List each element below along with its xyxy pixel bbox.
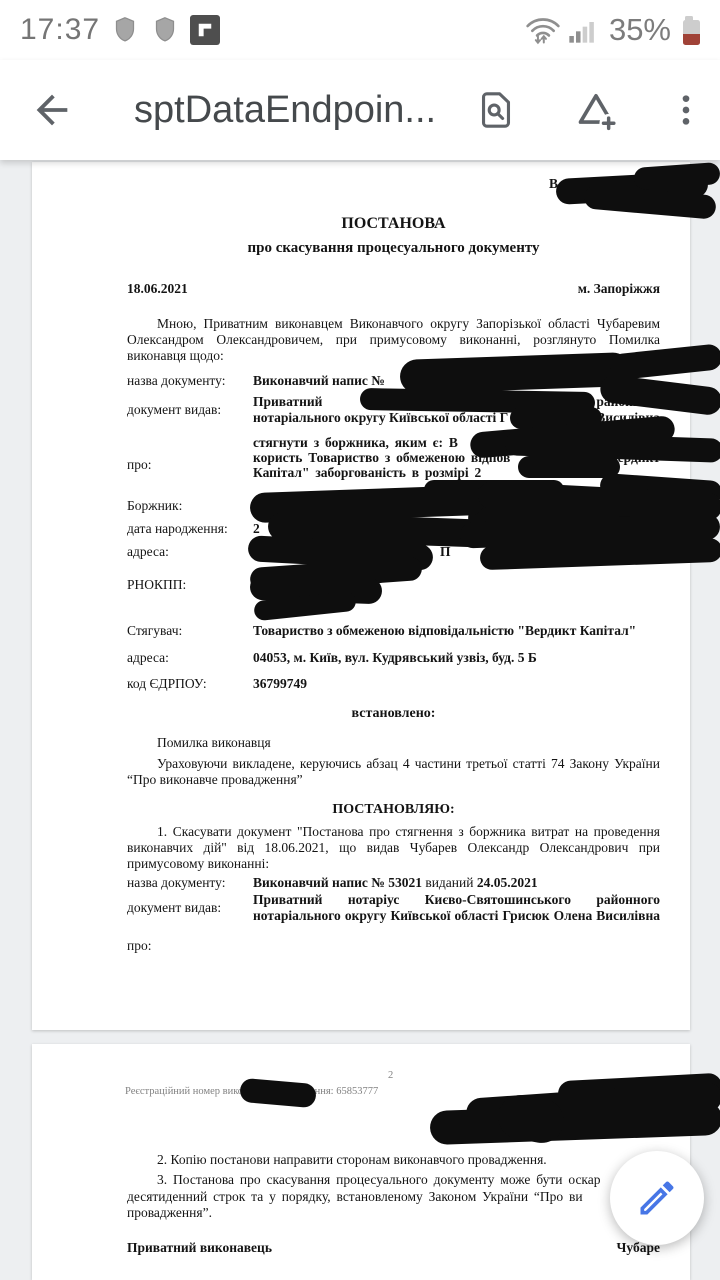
field-label: адреса: — [127, 544, 169, 560]
value-fragment: нотаріус — [434, 394, 485, 410]
date-place-row: 18.06.2021 м. Запоріжжя — [127, 281, 660, 297]
add-to-drive-icon — [573, 87, 619, 133]
add-to-drive-button[interactable] — [566, 80, 626, 140]
page-number: 2 — [388, 1068, 393, 1084]
app-bar: sptDataEndpoin... — [0, 60, 720, 160]
clock: 17:37 — [20, 13, 100, 47]
body-line: виконавчих дій" від 18.06.2021, що видав… — [127, 840, 660, 856]
section-heading: ПОСТАНОВЛЯЮ: — [127, 802, 660, 818]
body-line: десятиденний строк та у порядку, встанов… — [127, 1189, 660, 1205]
intro-line: виконавця щодо: — [127, 348, 660, 364]
body-line: провадження”. — [127, 1205, 660, 1221]
registration-line-left: Реєстраційний номер вико — [125, 1084, 243, 1100]
body-line: Ураховуючи викладене, керуючись абзац 4 … — [127, 756, 660, 772]
edit-fab[interactable] — [610, 1151, 704, 1245]
redacted-fragment: 2 — [253, 521, 260, 537]
intro-line: Мною, Приватним виконавцем Виконавчого о… — [127, 316, 660, 332]
edit-pencil-icon — [635, 1176, 679, 1220]
value-fragment: 24.05.2021 — [477, 875, 538, 890]
body-line: примусовому виконанні: — [127, 856, 660, 872]
field-label: адреса: — [127, 650, 169, 666]
back-arrow-icon — [29, 87, 75, 133]
field-label: про: — [127, 938, 151, 954]
registration-line-right: вадження: 65853777 — [288, 1084, 378, 1100]
value-fragment: районного — [596, 394, 660, 410]
document-title: sptDataEndpoin... — [134, 89, 466, 132]
battery-percent: 35% — [609, 12, 671, 48]
document-canvas[interactable]: В ПОСТАНОВА про скасування процесуальног… — [0, 160, 720, 1280]
field-value: Приватний нотаріус Києво-Святошинського … — [253, 892, 660, 924]
overflow-menu-button[interactable] — [656, 80, 716, 140]
value-fragment: Капітал" заборгованість в розмірі 2 — [253, 465, 481, 480]
wifi-icon — [523, 14, 563, 46]
signal-strength-icon — [569, 14, 599, 46]
document-page-1: В ПОСТАНОВА про скасування процесуальног… — [32, 162, 690, 1030]
section-heading: встановлено: — [127, 706, 660, 722]
value-fragment: Приватний — [253, 394, 322, 410]
field-label: назва документу: — [127, 373, 225, 389]
field-value: Приватний нотаріус районного — [253, 394, 660, 410]
field-label: код ЄДРПОУ: — [127, 676, 207, 692]
field-value: Виконавчий напис № 53021 виданий 24.05.2… — [253, 875, 538, 891]
flipboard-icon — [190, 15, 220, 45]
redacted-fragment: П — [440, 544, 451, 560]
field-label: Стягувач: — [127, 623, 182, 639]
field-value: 04053, м. Київ, вул. Кудрявський узвіз, … — [253, 650, 537, 666]
doc-heading: ПОСТАНОВА — [127, 216, 660, 232]
value-fragment: користь Товариство з обмеженою відпов — [253, 450, 510, 466]
field-label: РНОКПП: — [127, 577, 186, 593]
back-button[interactable] — [22, 80, 82, 140]
value-fragment: нотаріального округу Київської області Г — [253, 410, 508, 426]
body-line: 3. Постанова про скасування процесуально… — [127, 1172, 660, 1188]
field-label: Боржник: — [127, 498, 182, 514]
value-fragment: ень — [568, 465, 589, 481]
body-line: 1. Скасувати документ "Постанова про стя… — [127, 824, 660, 840]
field-label: документ видав: — [127, 402, 221, 418]
field-value: Капітал" заборгованість в розмірі 2 ень — [253, 465, 481, 481]
find-in-document-button[interactable] — [466, 80, 526, 140]
redacted-header-fragment: В — [549, 176, 558, 192]
field-value: нотаріального округу Київської області Г… — [253, 410, 660, 426]
field-label: назва документу: — [127, 875, 225, 891]
field-value: користь Товариство з обмеженою відпов Ве… — [253, 450, 660, 466]
document-page-2: 2 Реєстраційний номер вико вадження: 658… — [32, 1044, 690, 1280]
value-fragment: Вердикт — [609, 450, 660, 466]
shield-icon — [150, 14, 180, 46]
shield-icon — [110, 14, 140, 46]
field-label: документ видав: — [127, 900, 221, 916]
value-fragment: Висилівна — [596, 410, 660, 426]
value-fragment: Виконавчий напис № 53021 — [253, 875, 422, 890]
intro-line: Олександром Олександровичем, при примусо… — [127, 332, 660, 348]
field-value: Виконавчий напис № — [253, 373, 385, 389]
signature-row: Приватний виконавець Чубаре — [127, 1240, 660, 1256]
doc-subheading: про скасування процесуального документу — [127, 240, 660, 256]
field-value: Товариство з обмеженою відповідальністю … — [253, 623, 636, 639]
find-in-document-icon — [474, 88, 518, 132]
more-vert-icon — [666, 90, 706, 130]
battery-icon — [677, 16, 700, 45]
body-line: “Про виконавче провадження” — [127, 772, 660, 788]
body-line: 2. Копію постанови направити сторонам ви… — [127, 1152, 660, 1168]
field-label: дата народження: — [127, 521, 228, 537]
signature-left: Приватний виконавець — [127, 1240, 272, 1256]
doc-date: 18.06.2021 — [127, 281, 188, 297]
field-value: 36799749 — [253, 676, 307, 692]
doc-place: м. Запоріжжя — [578, 281, 660, 297]
field-value: стягнути з боржника, яким є: В — [253, 435, 458, 451]
value-fragment: виданий — [422, 875, 477, 890]
status-bar: 17:37 35% — [0, 0, 720, 60]
field-label: про: — [127, 457, 151, 473]
body-line: Помилка виконавця — [157, 735, 271, 751]
